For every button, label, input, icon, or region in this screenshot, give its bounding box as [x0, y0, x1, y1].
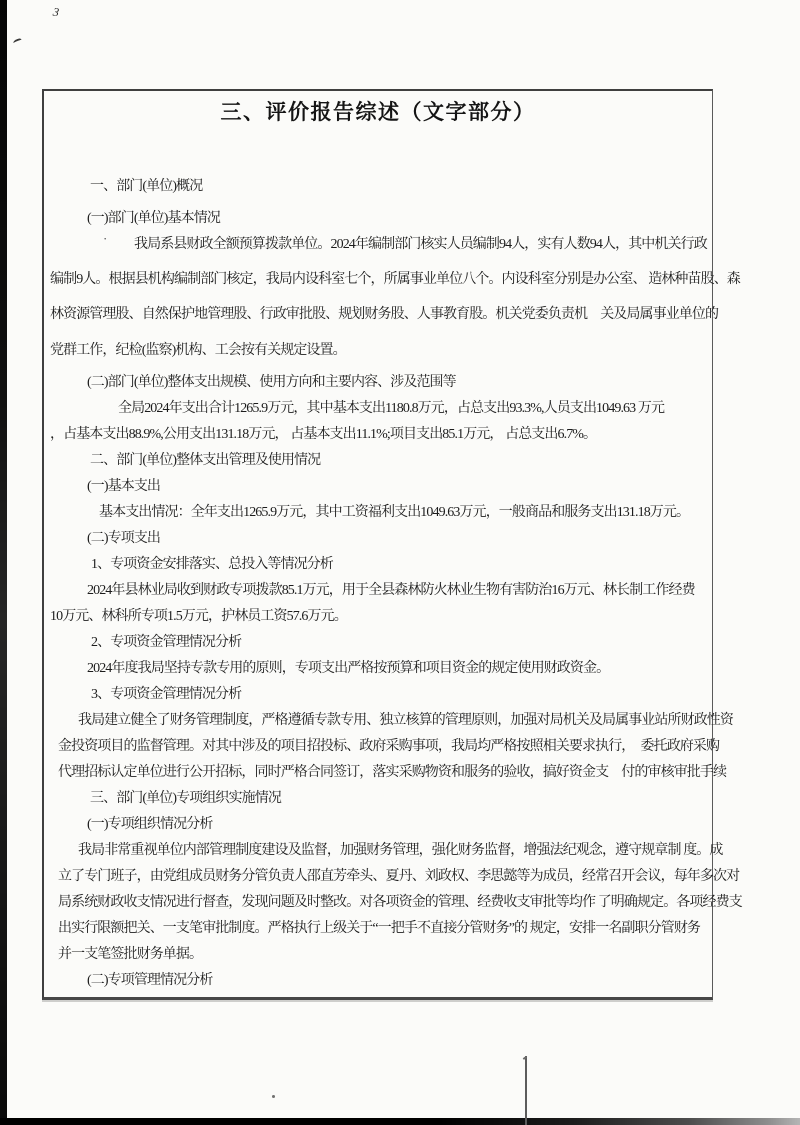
doc-heading-line: 三、部门(单位)专项组织实施情况 — [90, 786, 711, 812]
scan-speck-mark: 3 — [52, 5, 60, 21]
doc-heading-line: (二)专项支出 — [87, 526, 711, 552]
scan-squiggle-mark — [12, 38, 22, 46]
doc-heading-line: 2、专项资金管理情况分析 — [91, 630, 711, 656]
doc-line: 代理招标认定单位进行公开招标，同时严格合同签订，落实采购物资和服务的验收，搞好资… — [58, 760, 711, 786]
doc-heading-line: (一)专项组织情况分析 — [87, 812, 711, 838]
doc-line: 金投资项目的监督管理。对其中涉及的项目招投标、政府采购事项，我局均严格按照相关要… — [58, 734, 711, 760]
doc-heading-line: (一)部门(单位)基本情况 — [87, 206, 711, 232]
doc-line: 基本支出情况：全年支出1265.9万元，其中工资福利支出1049.63万元，一般… — [99, 500, 711, 526]
doc-heading-line: 3、专项资金管理情况分析 — [91, 682, 711, 708]
doc-line: 出实行限额把关、一支笔审批制度。严格执行上级关于“一把手不直接分管财务”的 规定… — [58, 916, 711, 942]
scan-edge-left-band — [0, 0, 7, 1125]
doc-line: 我局系县财政全额预算拨款单位。2024年编制部门核实人员编制94人，实有人数94… — [134, 232, 711, 258]
scan-dot-speck — [272, 1095, 275, 1098]
scan-edge-bottom-band — [0, 1118, 800, 1125]
doc-line: 党群工作，纪检(监察)机构、工会按有关规定设置。 — [50, 338, 711, 364]
doc-heading-line: (二)专项管理情况分析 — [87, 968, 711, 994]
report-text-box: 三、评价报告综述（文字部分） 一、部门(单位)概况 (一)部门(单位)基本情况 … — [42, 89, 713, 1000]
doc-heading-line: (一)基本支出 — [87, 474, 711, 500]
report-title: 三、评价报告综述（文字部分） — [48, 100, 708, 126]
doc-line: 2024年度我局坚持专款专用的原则，专项支出严格按预算和项目资金的规定使用财政资… — [87, 656, 711, 682]
doc-line: 并一支笔签批财务单据。 — [58, 942, 711, 968]
doc-line: 我局非常重视单位内部管理制度建设及监督，加强财务管理，强化财务监督，增强法纪观念… — [78, 838, 711, 864]
doc-line: 立了专门班子，由党组成员财务分管负责人邵直芳牵头、夏丹、刘政权、李思懿等为成员，… — [58, 864, 711, 890]
scan-stray-line — [525, 1056, 527, 1125]
scanned-report-page: { "artifacts": { "top_mark": "3", "ink_c… — [0, 0, 800, 1125]
report-body: 一、部门(单位)概况 (一)部门(单位)基本情况 我局系县财政全额预算拨款单位。… — [48, 174, 711, 994]
doc-heading-line: (二)部门(单位)整体支出规模、使用方向和主要内容、涉及范围等 — [87, 370, 711, 396]
doc-heading-line: 二、部门(单位)整体支出管理及使用情况 — [90, 448, 711, 474]
doc-line: 10万元、林科所专项1.5万元，护林员工资57.6万元。 — [50, 604, 711, 630]
doc-line: 林资源管理股、自然保护地管理股、行政审批股、规划财务股、人事教育股。机关党委负责… — [50, 302, 711, 328]
doc-line: 局系统财政收支情况进行督查，发现问题及时整改。对各项资金的管理、经费收支审批等均… — [58, 890, 711, 916]
doc-line: 全局2024年支出合计1265.9万元，其中基本支出1180.8万元，占总支出9… — [118, 396, 711, 422]
doc-line: 2024年县林业局收到财政专项拨款85.1万元，用于全县森林防火林业生物有害防治… — [87, 578, 711, 604]
doc-line: ，占基本支出88.9%,公用支出131.18万元， 占基本支出11.1%;项目支… — [50, 422, 711, 448]
doc-line: 编制9人。根据县机构编制部门核定，我局内设科室七个，所属事业单位八个。内设科室分… — [50, 267, 711, 293]
doc-line: 我局建立健全了财务管理制度，严格遵循专款专用、独立核算的管理原则，加强对局机关及… — [78, 708, 711, 734]
doc-heading-line: 一、部门(单位)概况 — [90, 174, 711, 200]
doc-heading-line: 1、专项资金安排落实、总投入等情况分析 — [91, 552, 711, 578]
